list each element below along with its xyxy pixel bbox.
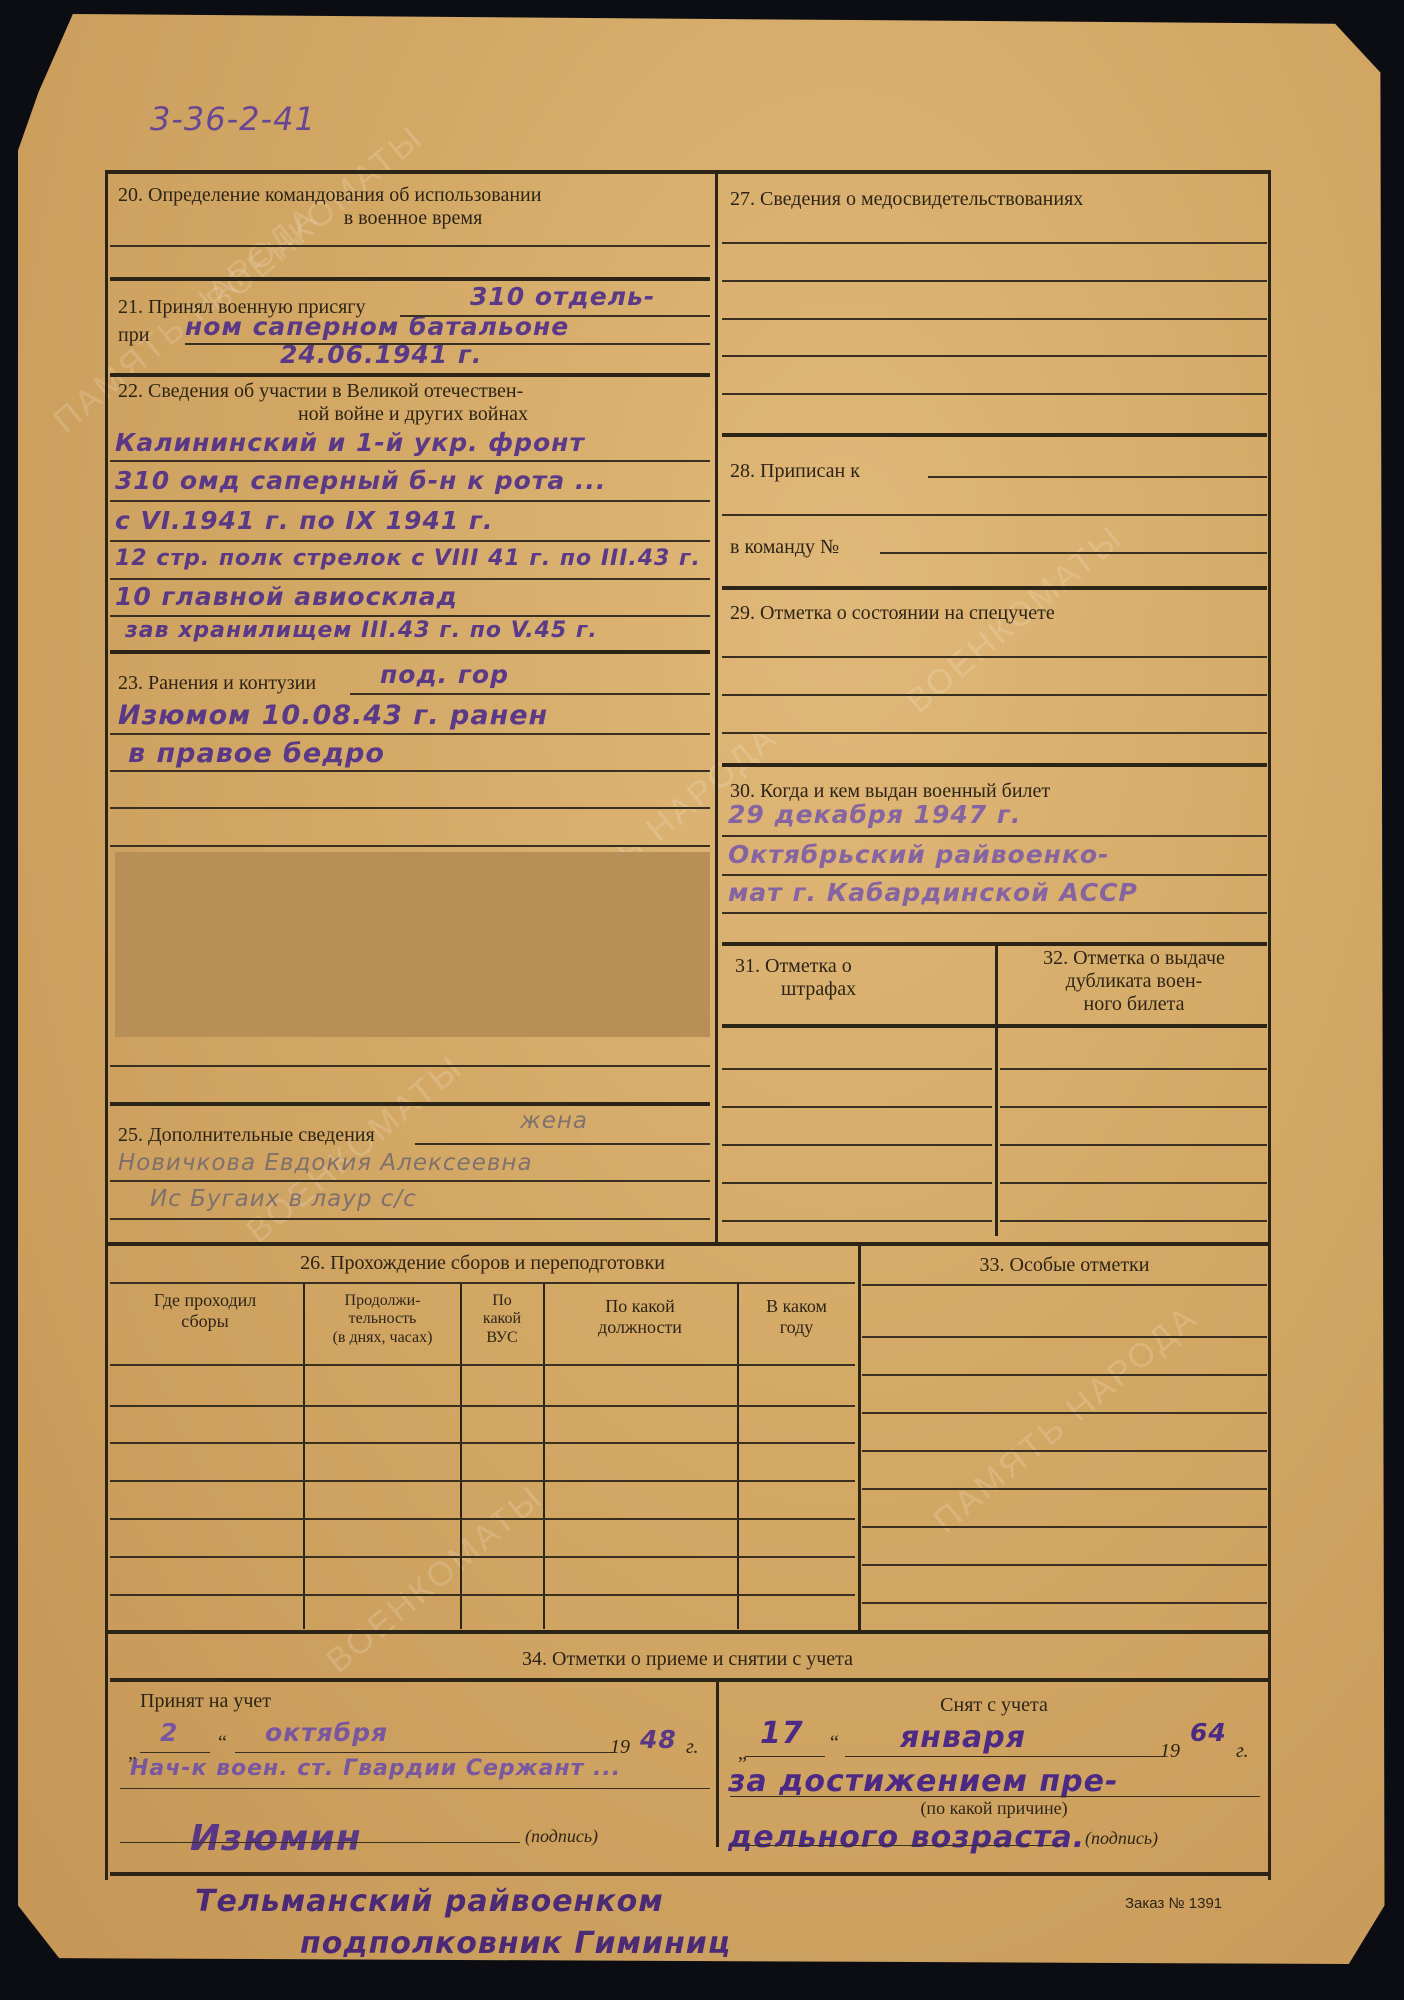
section-21-label2: при bbox=[118, 324, 149, 347]
war-record-line: 12 стр. полк стрелок с VIII 41 г. по III… bbox=[115, 546, 701, 571]
removed-year: 64 bbox=[1190, 1718, 1227, 1747]
war-record-line: Калининский и 1-й укр. фронт bbox=[115, 428, 585, 457]
s26-col-position: По какойдолжности bbox=[545, 1296, 735, 1337]
war-record-line: зав хранилищем III.43 г. по V.45 г. bbox=[125, 618, 598, 643]
id-issue-date: 29 декабря 1947 г. bbox=[728, 800, 1021, 829]
id-issuer: Октябрьский райвоенко- bbox=[728, 840, 1109, 869]
war-record-line: 10 главной авиосклад bbox=[115, 582, 458, 611]
wound-date: Изюмом 10.08.43 г. ранен bbox=[118, 700, 548, 731]
accepted-signature: Изюмин bbox=[190, 1818, 362, 1859]
section-27-label: 27. Сведения о медосвидетельствованиях bbox=[730, 188, 1083, 211]
accepted-signature-caption: (подпись) bbox=[525, 1826, 598, 1847]
redacted-section-24 bbox=[115, 852, 710, 1037]
s26-col-year: В какомгоду bbox=[739, 1296, 854, 1337]
removed-reason-line2: дельного возраста. bbox=[728, 1820, 1085, 1855]
section-33-title: 33. Особые отметки bbox=[862, 1254, 1267, 1277]
order-number: Заказ № 1391 bbox=[1125, 1895, 1222, 1912]
removed-reason-caption: (по какой причине) bbox=[720, 1798, 1268, 1819]
s26-col-vus: ПокакойВУС bbox=[462, 1292, 542, 1347]
section-34-title: 34. Отметки о приеме и снятии с учета bbox=[110, 1648, 1265, 1671]
section-31: 31. Отметка о штрафах bbox=[735, 955, 856, 1001]
section-26-title: 26. Прохождение сборов и переподготовки bbox=[110, 1252, 855, 1275]
section-23-label: 23. Ранения и контузии bbox=[118, 672, 316, 695]
id-issuer-cont: мат г. Кабардинской АССР bbox=[728, 878, 1138, 907]
removed-year-suffix: г. bbox=[1236, 1740, 1249, 1763]
war-record-line: 310 омд саперный б-н к рота ... bbox=[115, 466, 606, 495]
removed-year-prefix: 19 bbox=[1160, 1740, 1180, 1763]
accepted-label: Принят на учет bbox=[140, 1690, 271, 1713]
spouse-name: Новичкова Евдокия Алексеевна bbox=[118, 1150, 533, 1176]
s26-col-where: Где проходилсборы bbox=[110, 1290, 300, 1331]
relation: жена bbox=[520, 1108, 588, 1134]
section-29-label: 29. Отметка о состоянии на спецучете bbox=[730, 602, 1055, 625]
spouse-address: Ис Бугаих в лаур с/с bbox=[150, 1186, 417, 1212]
section-28-team-label: в команду № bbox=[730, 536, 839, 559]
removed-label: Снят с учета bbox=[720, 1694, 1268, 1717]
s26-col-duration: Продолжи-тельность(в днях, часах) bbox=[305, 1292, 460, 1347]
removed-signature-caption: (подпись) bbox=[1085, 1828, 1158, 1849]
removed-day: 17 bbox=[760, 1716, 804, 1751]
archive-number: 3-36-2-41 bbox=[150, 100, 316, 138]
accepted-official: Нач-к воен. ст. Гвардии Сержант ... bbox=[130, 1756, 621, 1781]
oath-unit: 310 отдель- bbox=[470, 282, 655, 311]
accepted-day: 2 bbox=[160, 1718, 178, 1747]
footer-commissariat: Тельманский райвоенком bbox=[195, 1884, 664, 1919]
section-22: 22. Сведения об участии в Великой отечес… bbox=[118, 380, 708, 426]
section-20: 20. Определение командования об использо… bbox=[118, 184, 708, 230]
accepted-year: 48 bbox=[640, 1725, 677, 1754]
section-32: 32. Отметка о выдаче дубликата воен- ног… bbox=[1000, 947, 1268, 1016]
section-25-label: 25. Дополнительные сведения bbox=[118, 1124, 375, 1147]
wound-location: в правое бедро bbox=[128, 738, 385, 769]
war-record-line: с VI.1941 г. по IX 1941 г. bbox=[115, 506, 494, 535]
footer-officer: подполковник Гиминиц bbox=[300, 1926, 731, 1961]
removed-month: января bbox=[900, 1720, 1026, 1755]
removed-reason-line1: за достижением пре- bbox=[728, 1764, 1118, 1799]
accepted-year-suffix: г. bbox=[686, 1736, 699, 1759]
wound-place: под. гор bbox=[380, 660, 509, 689]
section-28-label: 28. Приписан к bbox=[730, 460, 860, 483]
accepted-month: октября bbox=[265, 1718, 388, 1747]
